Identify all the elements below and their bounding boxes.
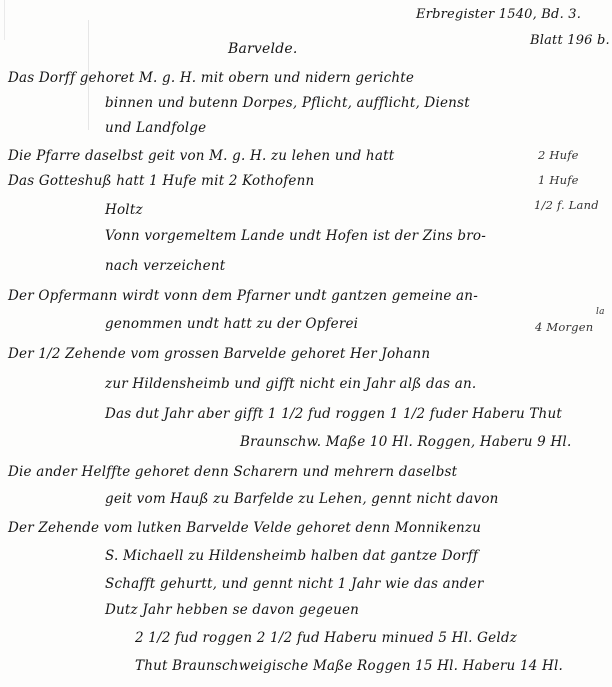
text-line: Die Pfarre daselbst geit von M. g. H. zu… xyxy=(8,150,394,164)
margin-note: 4 Morgen xyxy=(535,322,593,334)
text-line: und Landfolge xyxy=(105,122,206,136)
margin-note: 1 Hufe xyxy=(538,175,579,187)
text-line: Das dut Jahr aber gifft 1 1/2 fud roggen… xyxy=(105,408,562,422)
text-line: Der Zehende vom lutken Barvelde Velde ge… xyxy=(8,522,481,536)
archive-reference: Erbregister 1540, Bd. 3. xyxy=(416,8,581,21)
margin-note: 2 Hufe xyxy=(538,150,579,162)
text-line: Vonn vorgemeltem Lande undt Hofen ist de… xyxy=(105,230,486,244)
text-line: zur Hildensheimb und gifft nicht ein Jah… xyxy=(105,378,476,392)
text-line: Schafft gehurtt, und gennt nicht 1 Jahr … xyxy=(105,578,483,592)
text-line: Das Dorff gehoret M. g. H. mit obern und… xyxy=(8,72,414,86)
text-line: Holtz xyxy=(105,204,143,218)
text-line: Dutz Jahr hebben se davon gegeuen xyxy=(105,604,359,618)
text-line: Der Opfermann wirdt vonn dem Pfarner und… xyxy=(8,290,478,304)
text-line: Die ander Helffte gehoret denn Scharern … xyxy=(8,466,457,480)
margin-note: 1/2 f. Land xyxy=(534,200,599,212)
text-line: 2 1/2 fud roggen 2 1/2 fud Haberu minued… xyxy=(135,632,517,646)
margin-line xyxy=(4,0,5,40)
text-line: genommen undt hatt zu der Opferei xyxy=(105,318,358,332)
text-line: nach verzeichent xyxy=(105,260,225,274)
text-line: Braunschw. Maße 10 Hl. Roggen, Haberu 9 … xyxy=(240,436,571,450)
text-line: S. Michaell zu Hildensheimb halben dat g… xyxy=(105,550,478,564)
text-line: geit vom Hauß zu Barfelde zu Lehen, genn… xyxy=(105,493,499,507)
document-page: Erbregister 1540, Bd. 3. Blatt 196 b. Ba… xyxy=(0,0,612,687)
text-line: binnen und butenn Dorpes, Pflicht, auffl… xyxy=(105,97,470,111)
margin-note-superscript: la xyxy=(596,308,605,317)
text-line: Thut Braunschweigische Maße Roggen 15 Hl… xyxy=(135,660,563,674)
text-line: Das Gotteshuß hatt 1 Hufe mit 2 Kothofen… xyxy=(8,175,314,189)
page-title: Barvelde. xyxy=(228,42,298,56)
text-line: Der 1/2 Zehende vom grossen Barvelde geh… xyxy=(8,348,430,362)
folio-number: Blatt 196 b. xyxy=(530,34,610,47)
